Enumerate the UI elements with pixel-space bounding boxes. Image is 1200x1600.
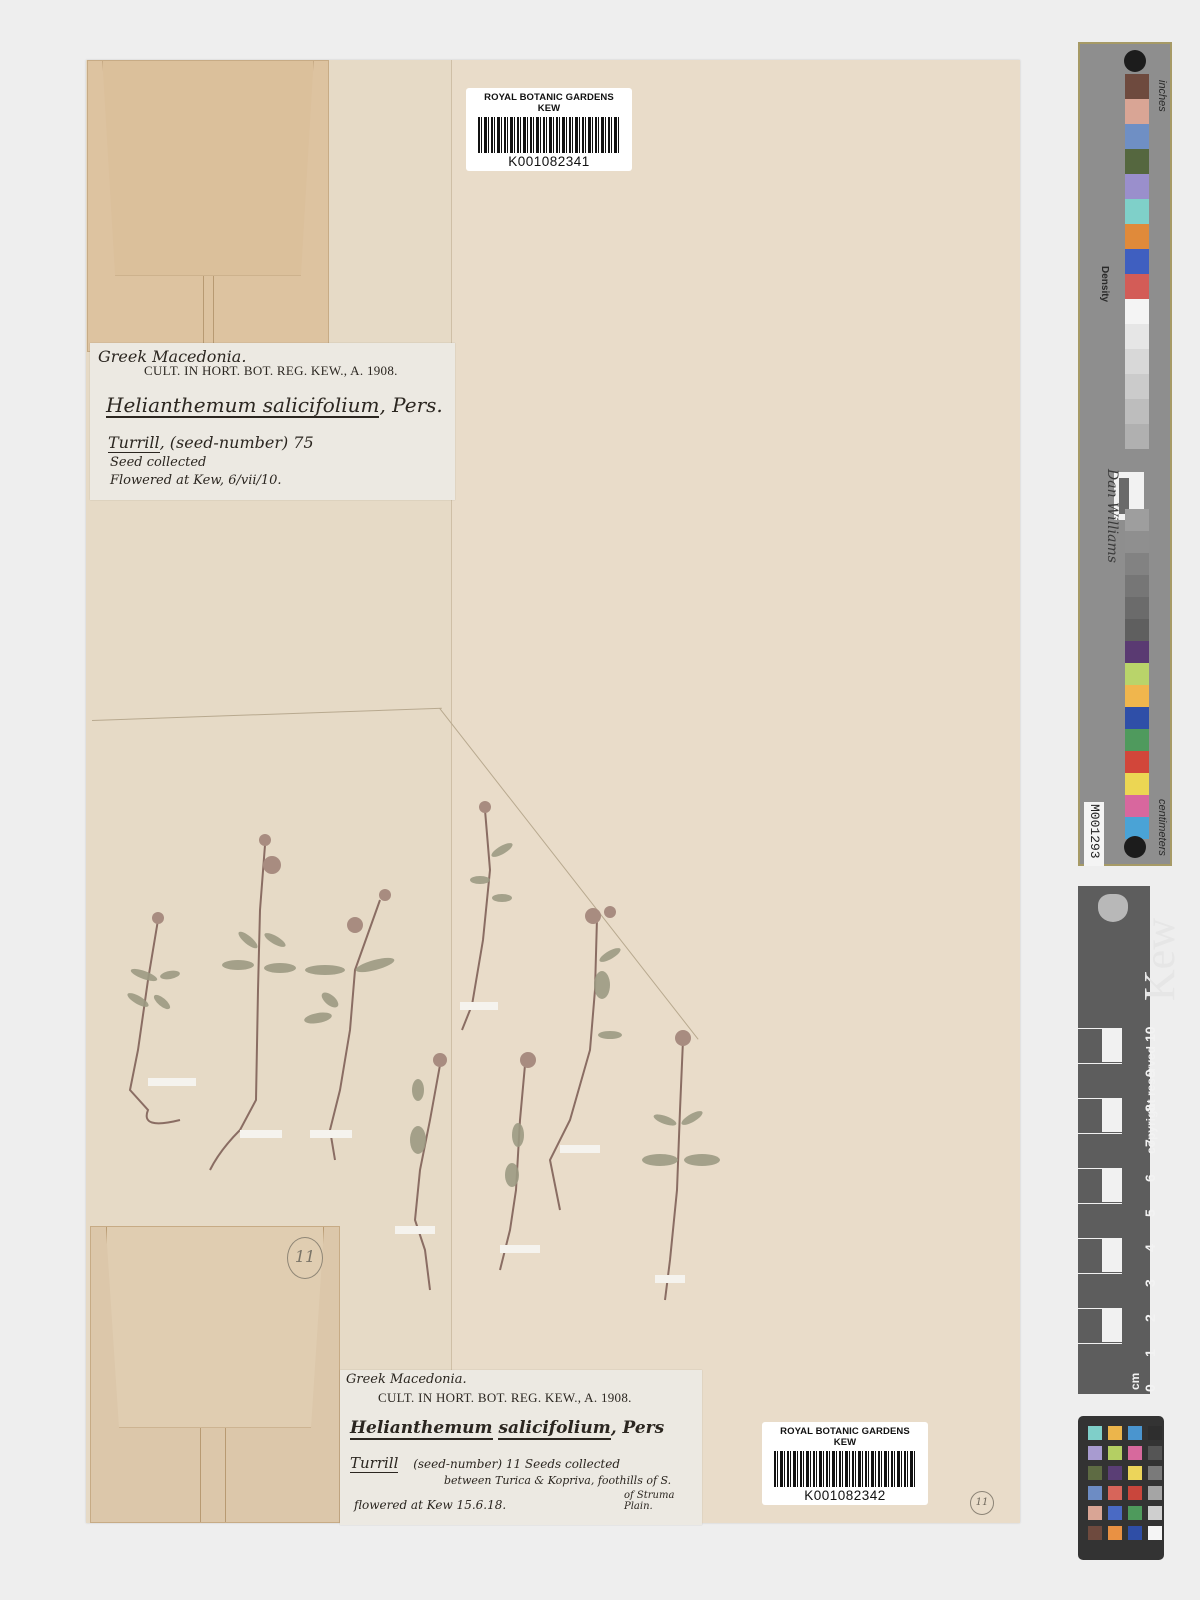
colour-swatch: [1125, 707, 1149, 729]
checker-patch: [1148, 1506, 1162, 1520]
label-note: Seed collected: [110, 455, 206, 470]
label-collector-line: Turrill (seed-number) 11 Seeds collected: [350, 1454, 620, 1473]
scale-segment: [1078, 1098, 1122, 1132]
density-label: Density: [1099, 266, 1110, 302]
packet-fold-line: [203, 276, 204, 351]
copyright-label: copyright reserved: [1144, 1046, 1158, 1154]
scale-segment-fill: [1102, 1064, 1122, 1097]
brand-label: Dan Williams: [1104, 469, 1120, 563]
scale-segment: [1078, 1343, 1122, 1377]
colour-swatch: [1125, 399, 1149, 424]
scale-segment-fill: [1102, 1134, 1122, 1167]
checker-patch: [1148, 1486, 1162, 1500]
label-printed-header: CULT. IN HORT. BOT. REG. KEW., A. 1908.: [378, 1390, 632, 1406]
specimen-label-bottom: Greek Macedonia. CULT. IN HORT. BOT. REG…: [340, 1370, 702, 1525]
packet-pencil-number: 11: [287, 1237, 323, 1279]
barcode-institution: ROYAL BOTANIC GARDENS KEW: [770, 1426, 920, 1448]
scale-segment: [1078, 1168, 1122, 1202]
label-collector: Turrill: [350, 1455, 398, 1473]
corner-pencil-mark: 11: [970, 1491, 994, 1515]
label-note: of Struma Plain.: [624, 1490, 702, 1512]
checker-patch: [1108, 1506, 1122, 1520]
label-note: between Turica & Kopriva, foothills of S…: [444, 1474, 671, 1487]
specimen-label-top: Greek Macedonia. CULT. IN HORT. BOT. REG…: [90, 343, 455, 500]
scale-segment-fill: [1102, 1029, 1122, 1062]
label-author: , Pers: [611, 1418, 665, 1438]
checker-patch: [1108, 1526, 1122, 1540]
colour-swatch: [1125, 199, 1149, 224]
checker-patch: [1108, 1426, 1122, 1440]
colour-swatches-top: [1125, 74, 1149, 449]
label-locality: Greek Macedonia.: [346, 1372, 467, 1387]
colour-swatch: [1125, 619, 1149, 641]
colour-swatch: [1125, 641, 1149, 663]
label-note: flowered at Kew 15.6.18.: [354, 1498, 506, 1512]
registration-dot: [1124, 50, 1146, 72]
colour-swatch: [1125, 274, 1149, 299]
inches-label: inches: [1156, 80, 1168, 112]
barcode-label-top: ROYAL BOTANIC GARDENS KEW K001082341: [466, 88, 632, 171]
label-collector: Turrill: [108, 434, 160, 453]
checker-patch: [1128, 1426, 1142, 1440]
checker-patch: [1108, 1466, 1122, 1480]
label-author: , Pers.: [379, 393, 442, 417]
scale-tick-label: 10: [1142, 1026, 1158, 1042]
scale-segment-fill: [1102, 1239, 1122, 1272]
colour-bar-id-tag: M001293: [1084, 802, 1104, 866]
checker-patch: [1148, 1426, 1162, 1440]
kew-crest-icon: [1098, 894, 1128, 922]
scale-segment: [1078, 1203, 1122, 1237]
cm-scale: [1078, 1028, 1122, 1388]
scale-segment-fill: [1102, 1169, 1122, 1202]
label-seed-number: (seed-number) 11 Seeds collected: [413, 1457, 620, 1471]
barcode-number: K001082341: [474, 154, 624, 169]
label-note: Flowered at Kew, 6/vii/10.: [110, 473, 282, 488]
checker-patch: [1088, 1506, 1102, 1520]
label-seed-number: , (seed-number) 75: [160, 433, 314, 452]
packet-flap: [102, 61, 313, 276]
checker-patch: [1128, 1486, 1142, 1500]
seed-packet-top: [87, 60, 329, 352]
scale-segment: [1078, 1133, 1122, 1167]
colour-swatch: [1125, 509, 1149, 531]
colour-swatch: [1125, 374, 1149, 399]
colour-swatch: [1125, 685, 1149, 707]
colour-calibration-bar: inches Density Dan Williams centimeters …: [1078, 42, 1172, 866]
checker-patch: [1088, 1466, 1102, 1480]
checker-patch: [1128, 1526, 1142, 1540]
barcode-number: K001082342: [770, 1488, 920, 1503]
label-taxon-genus: Helianthemum: [350, 1419, 493, 1440]
checker-patch: [1128, 1466, 1142, 1480]
scale-segment-fill: [1102, 1274, 1122, 1307]
scale-tick-label: 5: [1142, 1209, 1158, 1217]
checker-patch: [1108, 1486, 1122, 1500]
label-taxon-line: Helianthemum salicifolium, Pers.: [106, 393, 443, 418]
colour-swatch: [1125, 249, 1149, 274]
packet-fold-line: [225, 1428, 226, 1522]
colour-swatch: [1125, 773, 1149, 795]
colour-checker-card: [1078, 1416, 1164, 1560]
colour-swatch: [1125, 795, 1149, 817]
checker-patch: [1148, 1466, 1162, 1480]
colour-swatch: [1125, 531, 1149, 553]
colour-swatch: [1125, 74, 1149, 99]
scale-segment: [1078, 1273, 1122, 1307]
colour-swatch: [1125, 663, 1149, 685]
scale-tick-label: 1: [1142, 1349, 1158, 1357]
checker-patch: [1088, 1486, 1102, 1500]
colour-swatch: [1125, 424, 1149, 449]
barcode-bars: [774, 1451, 916, 1487]
barcode-label-bottom: ROYAL BOTANIC GARDENS KEW K001082342: [762, 1422, 928, 1505]
colour-swatch: [1125, 553, 1149, 575]
scale-segment-fill: [1102, 1099, 1122, 1132]
packet-fold-line: [200, 1428, 201, 1522]
colour-swatches-bottom: [1125, 509, 1149, 839]
colour-swatch: [1125, 324, 1149, 349]
colour-swatch: [1125, 349, 1149, 374]
scale-segment: [1078, 1063, 1122, 1097]
label-taxon-line: Helianthemum salicifolium, Pers: [350, 1418, 664, 1440]
checker-patch: [1088, 1426, 1102, 1440]
checker-patch: [1148, 1526, 1162, 1540]
scale-segment-fill: [1102, 1204, 1122, 1237]
checker-patch: [1088, 1446, 1102, 1460]
kew-scale-bar: Kew 109876543210 copyright reserved cm: [1078, 886, 1150, 1394]
colour-swatch: [1125, 575, 1149, 597]
label-printed-header: CULT. IN HORT. BOT. REG. KEW., A. 1908.: [144, 363, 398, 379]
colour-checker-grid: [1088, 1426, 1162, 1540]
packet-fold-line: [213, 276, 214, 351]
scale-tick-label: 2: [1142, 1314, 1158, 1322]
colour-swatch: [1125, 751, 1149, 773]
label-collector-line: Turrill, (seed-number) 75: [108, 433, 314, 453]
kew-logo: Kew: [1134, 918, 1185, 1001]
scale-segment: [1078, 1238, 1122, 1272]
colour-swatch: [1125, 124, 1149, 149]
label-taxon-species: salicifolium: [498, 1419, 610, 1440]
colour-swatch: [1125, 149, 1149, 174]
colour-swatch: [1125, 174, 1149, 199]
checker-patch: [1128, 1506, 1142, 1520]
barcode-institution: ROYAL BOTANIC GARDENS KEW: [474, 92, 624, 114]
scale-tick-label: 0: [1142, 1384, 1158, 1392]
scale-segment: [1078, 1028, 1122, 1062]
checker-patch: [1108, 1446, 1122, 1460]
colour-swatch: [1125, 224, 1149, 249]
scale-tick-label: 3: [1142, 1279, 1158, 1287]
colour-swatch: [1125, 729, 1149, 751]
scale-segment-fill: [1102, 1344, 1122, 1377]
seed-packet-bottom: 11: [90, 1226, 340, 1523]
cm-unit-label: cm: [1128, 1373, 1142, 1390]
scale-segment: [1078, 1308, 1122, 1342]
colour-swatch: [1125, 299, 1149, 324]
registration-dot: [1124, 836, 1146, 858]
checker-patch: [1088, 1526, 1102, 1540]
scale-tick-label: 6: [1142, 1174, 1158, 1182]
scale-segment-fill: [1102, 1309, 1122, 1342]
scale-tick-label: 4: [1142, 1244, 1158, 1252]
checker-patch: [1128, 1446, 1142, 1460]
checker-patch: [1148, 1446, 1162, 1460]
colour-swatch: [1125, 99, 1149, 124]
barcode-bars: [478, 117, 620, 153]
centimeters-label: centimeters: [1156, 799, 1168, 856]
label-taxon: Helianthemum salicifolium: [106, 394, 379, 418]
colour-bar-id: M001293: [1087, 804, 1102, 859]
colour-swatch: [1125, 597, 1149, 619]
